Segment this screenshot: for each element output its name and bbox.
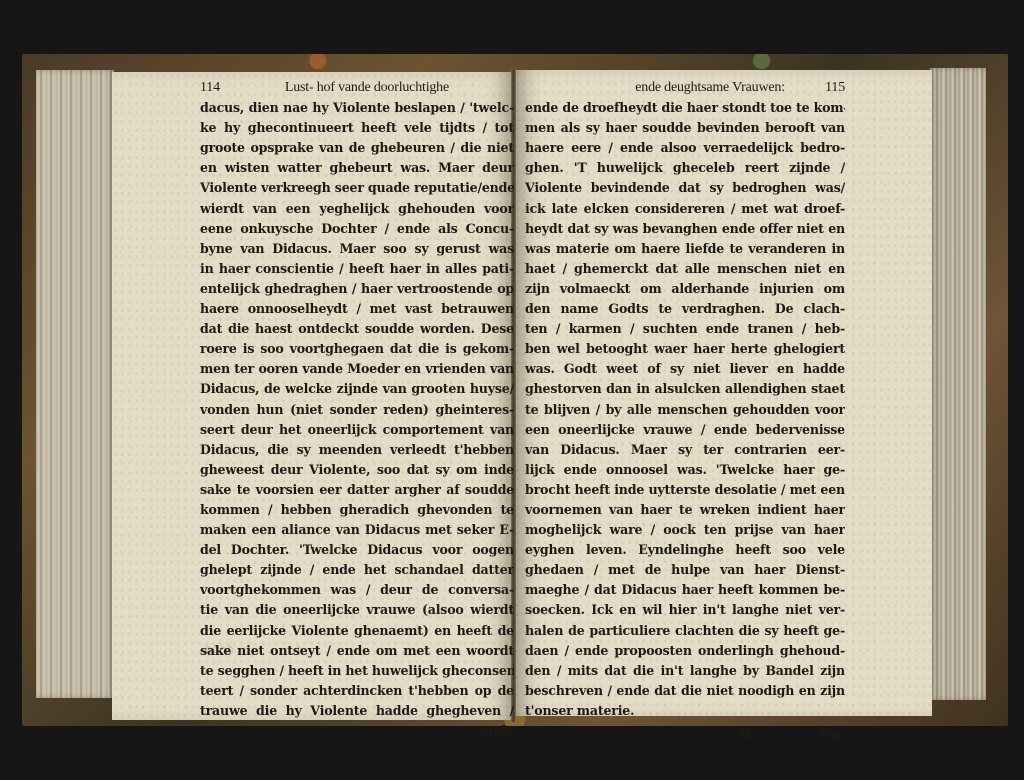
left-catchword: ende	[200, 721, 514, 741]
text-line: brocht heeft inde uytterste desolatie / …	[525, 480, 845, 500]
text-line: ghedaen / met de hulpe van haer Dienst-	[525, 560, 845, 580]
text-line: byne van Didacus. Maer soo sy gerust was	[200, 239, 514, 259]
text-line: dat die haest ontdeckt soudde worden. De…	[200, 319, 514, 339]
text-line: halen de particuliere clachten die sy he…	[525, 621, 845, 641]
right-page-footer: H 2 Om	[525, 725, 845, 745]
text-line: sake niet ontseyt / ende om met een woor…	[200, 641, 514, 661]
text-line: in haer conscientie / heeft haer in alle…	[200, 259, 514, 279]
text-line: groote opsprake van de ghebeuren / die n…	[200, 138, 514, 158]
text-line: Didacus, de welcke zijnde van grooten hu…	[200, 379, 514, 399]
left-running-title: Lust- hof vande doorluchtighe	[220, 78, 514, 98]
text-line: Violente verkreegh seer quade reputatie/…	[200, 178, 514, 198]
text-line: haere onnooselheydt / met vast betrauwen	[200, 299, 514, 319]
text-line: moghelijck ware / oock ten prijse van ha…	[525, 520, 845, 540]
text-line: haere eere / ende alsoo verraedelijck be…	[525, 138, 845, 158]
text-line: ghelept zijnde / ende het schandael datt…	[200, 560, 514, 580]
text-line: men als sy haer soudde bevinden berooft …	[525, 118, 845, 138]
text-line: ghestorven dan in alsulcken allendighen …	[525, 379, 845, 399]
text-line: tie van die oneerlijcke vrauwe (alsoo wi…	[200, 600, 514, 620]
signature-mark: H 2	[739, 725, 763, 745]
text-line: t'onser materie.	[525, 701, 845, 721]
text-line: eyghen leven. Eyndelinghe heeft soo vele	[525, 540, 845, 560]
text-line: soecken. Ick en wil hier in't langhe nie…	[525, 600, 845, 620]
text-line: beschreven / ende dat die niet noodigh e…	[525, 681, 845, 701]
right-running-title: ende deughtsame Vrauwen:	[525, 78, 825, 98]
right-running-head: ende deughtsame Vrauwen: 115	[525, 78, 845, 98]
book-photograph: ꝺꝺꝺꝺ ꝺ 114 Lust- hof vande doorluchtighe…	[0, 0, 1024, 780]
text-line: sake te voorsien eer datter argher af so…	[200, 480, 514, 500]
text-line: haet / ghemerckt dat alle menschen niet …	[525, 259, 845, 279]
text-line: een oneerlijcke vrauwe / ende bedervenis…	[525, 420, 845, 440]
text-line: den / mits dat die in't langhe by Bandel…	[525, 661, 845, 681]
left-page-number: 114	[200, 78, 220, 98]
right-page-number: 115	[825, 78, 845, 98]
text-line: den name Godts te verdraghen. De clach-	[525, 299, 845, 319]
text-line: voortghekommen was / deur de conversa-	[200, 580, 514, 600]
left-page-stack-edge	[36, 70, 114, 698]
text-line: ten / karmen / suchten ende tranen / heb…	[525, 319, 845, 339]
text-line: roere is soo voortghegaen dat die is gek…	[200, 339, 514, 359]
text-line: wierdt van een yeghelijck ghehouden voor	[200, 199, 514, 219]
text-line: lijck ende onnoosel was. 'Twelcke haer g…	[525, 460, 845, 480]
text-line: en wisten watter ghebeurt was. Maer deur	[200, 158, 514, 178]
text-line: vonden hun (niet sonder reden) gheintere…	[200, 400, 514, 420]
text-line: eene onkuysche Dochter / ende als Concu-	[200, 219, 514, 239]
text-line: ben wel betooght waer haer herte ghelogi…	[525, 339, 845, 359]
text-line: was materie om haere liefde te verandere…	[525, 239, 845, 259]
text-line: gheweest deur Violente, soo dat sy om in…	[200, 460, 514, 480]
text-line: heydt dat sy was bevanghen ende offer ni…	[525, 219, 845, 239]
right-page-stack-edge	[930, 68, 986, 700]
text-line: ghen. 'T huwelijck gheceleb reert zijnde…	[525, 158, 845, 178]
text-line: Violente bevindende dat sy bedroghen was…	[525, 178, 845, 198]
text-line: kommen / hebben gheradich ghevonden te	[200, 500, 514, 520]
text-line: van Didacus. Maer sy ter contrarien eer-	[525, 440, 845, 460]
text-line: del Dochter. 'Twelcke Didacus voor oogen	[200, 540, 514, 560]
text-line: Didacus, die sy meenden verleedt t'hebbe…	[200, 440, 514, 460]
text-line: men ter ooren vande Moeder en vrienden v…	[200, 359, 514, 379]
right-catchword: Om	[821, 725, 845, 745]
text-line: seert deur het oneerlijck comportement v…	[200, 420, 514, 440]
text-line: daen / ende propoosten onderlingh ghehou…	[525, 641, 845, 661]
text-line: entelijck ghedraghen / haer vertroostend…	[200, 279, 514, 299]
text-line: was. Godt weet of sy niet liever en hadd…	[525, 359, 845, 379]
text-line: ke hy ghecontinueert heeft vele tijdts /…	[200, 118, 514, 138]
text-line: dacus, dien nae hy Violente beslapen / '…	[200, 98, 514, 118]
left-page-text: 114 Lust- hof vande doorluchtighe dacus,…	[200, 78, 514, 741]
text-line: ick late elcken considereren / met wat d…	[525, 199, 845, 219]
text-line: die eerlijcke Violente ghenaemt) en heef…	[200, 621, 514, 641]
text-line: trauwe die hy Violente hadde ghegheven /	[200, 701, 514, 721]
text-line: teert / sonder achterdincken t'hebben op…	[200, 681, 514, 701]
text-line: zijn volmaeckt om alderhande injurien om	[525, 279, 845, 299]
text-line: ende de droefheydt die haer stondt toe t…	[525, 98, 845, 118]
text-line: maken een aliance van Didacus met seker …	[200, 520, 514, 540]
text-line: voornemen van haer te wreken indient hae…	[525, 500, 845, 520]
text-line: te segghen / heeft in het huwelijck ghec…	[200, 661, 514, 681]
left-running-head: 114 Lust- hof vande doorluchtighe	[200, 78, 514, 98]
text-line: te blijven / by alle menschen gehoudden …	[525, 400, 845, 420]
text-line: maeghe / dat Didacus haer heeft kommen b…	[525, 580, 845, 600]
right-page-text: ende deughtsame Vrauwen: 115 ende de dro…	[525, 78, 845, 745]
